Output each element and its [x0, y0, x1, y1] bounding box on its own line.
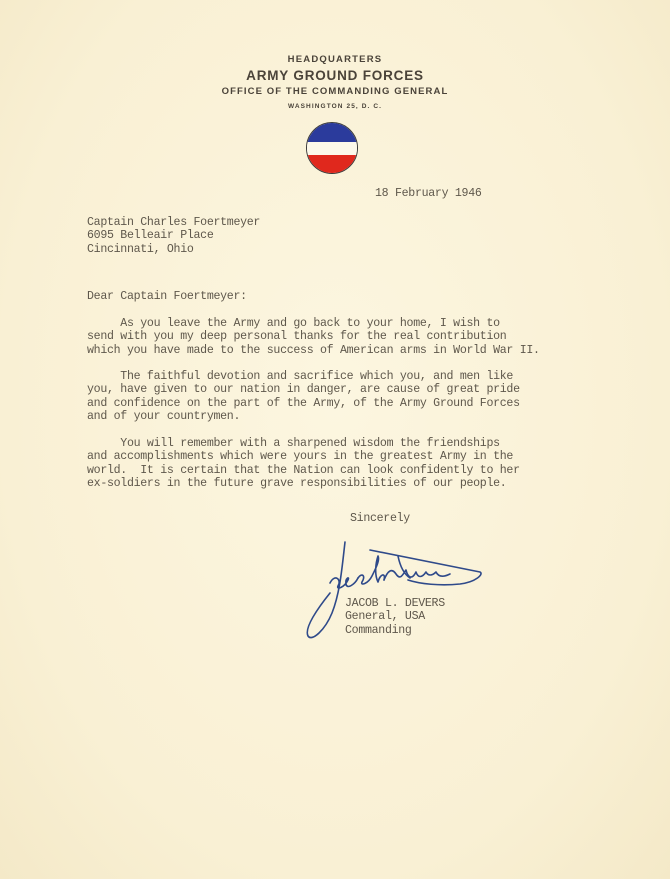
paragraph-line: and of your countrymen.: [87, 410, 240, 423]
paragraph-line: As you leave the Army and go back to you…: [87, 317, 500, 330]
salutation: Dear Captain Foertmeyer:: [87, 290, 247, 303]
signer-name: JACOB L. DEVERS: [345, 597, 445, 610]
paragraph-line: send with you my deep personal thanks fo…: [87, 330, 506, 343]
paragraph-line: You will remember with a sharpened wisdo…: [87, 437, 500, 450]
signer-rank: General, USA: [345, 610, 425, 623]
letterhead-organization: ARMY GROUND FORCES: [0, 68, 670, 83]
paragraph-line: The faithful devotion and sacrifice whic…: [87, 370, 513, 383]
emblem-white-band: [307, 142, 357, 155]
paragraph-line: and accomplishments which were yours in …: [87, 450, 513, 463]
paragraph-line: ex-soldiers in the future grave responsi…: [87, 477, 506, 490]
signer-title: Commanding: [345, 624, 412, 637]
body-paragraph-2: The faithful devotion and sacrifice whic…: [87, 370, 520, 423]
recipient-address: Captain Charles Foertmeyer 6095 Belleair…: [87, 216, 260, 256]
closing: Sincerely: [350, 512, 410, 525]
signature-block: JACOB L. DEVERS General, USA Commanding: [345, 597, 445, 637]
body-paragraph-3: You will remember with a sharpened wisdo…: [87, 437, 520, 490]
letter-date: 18 February 1946: [375, 187, 482, 200]
recipient-city: Cincinnati, Ohio: [87, 243, 194, 256]
recipient-name: Captain Charles Foertmeyer: [87, 216, 260, 229]
paragraph-line: world. It is certain that the Nation can…: [87, 464, 520, 477]
army-ground-forces-emblem-icon: [306, 122, 358, 174]
letterhead-office: OFFICE OF THE COMMANDING GENERAL: [0, 86, 670, 97]
paragraph-line: which you have made to the success of Am…: [87, 344, 540, 357]
paragraph-line: you, have given to our nation in danger,…: [87, 383, 520, 396]
letterhead-location: WASHINGTON 25, D. C.: [0, 103, 670, 110]
body-paragraph-1: As you leave the Army and go back to you…: [87, 317, 540, 357]
letterhead-headquarters: HEADQUARTERS: [0, 54, 670, 65]
recipient-street: 6095 Belleair Place: [87, 229, 214, 242]
paragraph-line: and confidence on the part of the Army, …: [87, 397, 520, 410]
